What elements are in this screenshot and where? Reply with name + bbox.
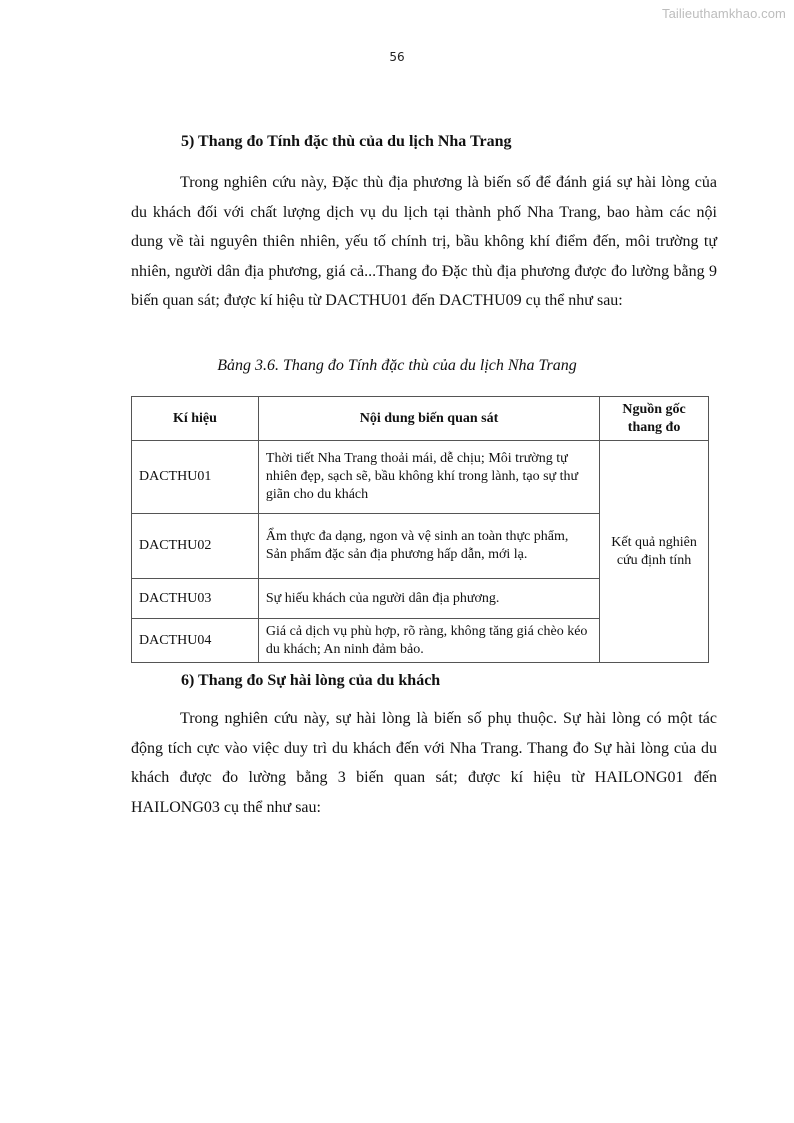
section-5-paragraph-text: Trong nghiên cứu này, Đặc thù địa phương… [131, 174, 717, 309]
table-caption: Bảng 3.6. Thang đo Tính đặc thù của du l… [0, 357, 794, 375]
header-source: Nguồn gốc thang đo [600, 397, 709, 441]
section-5-paragraph: Trong nghiên cứu này, Đặc thù địa phương… [131, 168, 717, 316]
section-6-paragraph: Trong nghiên cứu này, sự hài lòng là biế… [131, 704, 717, 822]
header-content: Nội dung biến quan sát [258, 397, 599, 441]
table-row: DACTHU01 Thời tiết Nha Trang thoải mái, … [132, 441, 709, 514]
page-number: 56 [0, 50, 794, 64]
row-content: Ẩm thực đa dạng, ngon và vệ sinh an toàn… [258, 514, 599, 579]
row-code: DACTHU04 [132, 619, 259, 663]
section-6-paragraph-text: Trong nghiên cứu này, sự hài lòng là biế… [131, 710, 717, 816]
source-cell: Kết quả nghiên cứu định tính [600, 441, 709, 663]
section-6-heading: 6) Thang đo Sự hài lòng của du khách [181, 672, 440, 690]
row-code: DACTHU02 [132, 514, 259, 579]
measures-table: Kí hiệu Nội dung biến quan sát Nguồn gốc… [131, 396, 709, 663]
section-5-heading: 5) Thang đo Tính đặc thù của du lịch Nha… [181, 133, 512, 151]
row-content: Giá cả dịch vụ phù hợp, rõ ràng, không t… [258, 619, 599, 663]
header-code: Kí hiệu [132, 397, 259, 441]
table-header-row: Kí hiệu Nội dung biến quan sát Nguồn gốc… [132, 397, 709, 441]
row-code: DACTHU01 [132, 441, 259, 514]
row-code: DACTHU03 [132, 579, 259, 619]
row-content: Thời tiết Nha Trang thoải mái, dễ chịu; … [258, 441, 599, 514]
row-content: Sự hiếu khách của người dân địa phương. [258, 579, 599, 619]
watermark: Tailieuthamkhao.com [662, 6, 786, 21]
